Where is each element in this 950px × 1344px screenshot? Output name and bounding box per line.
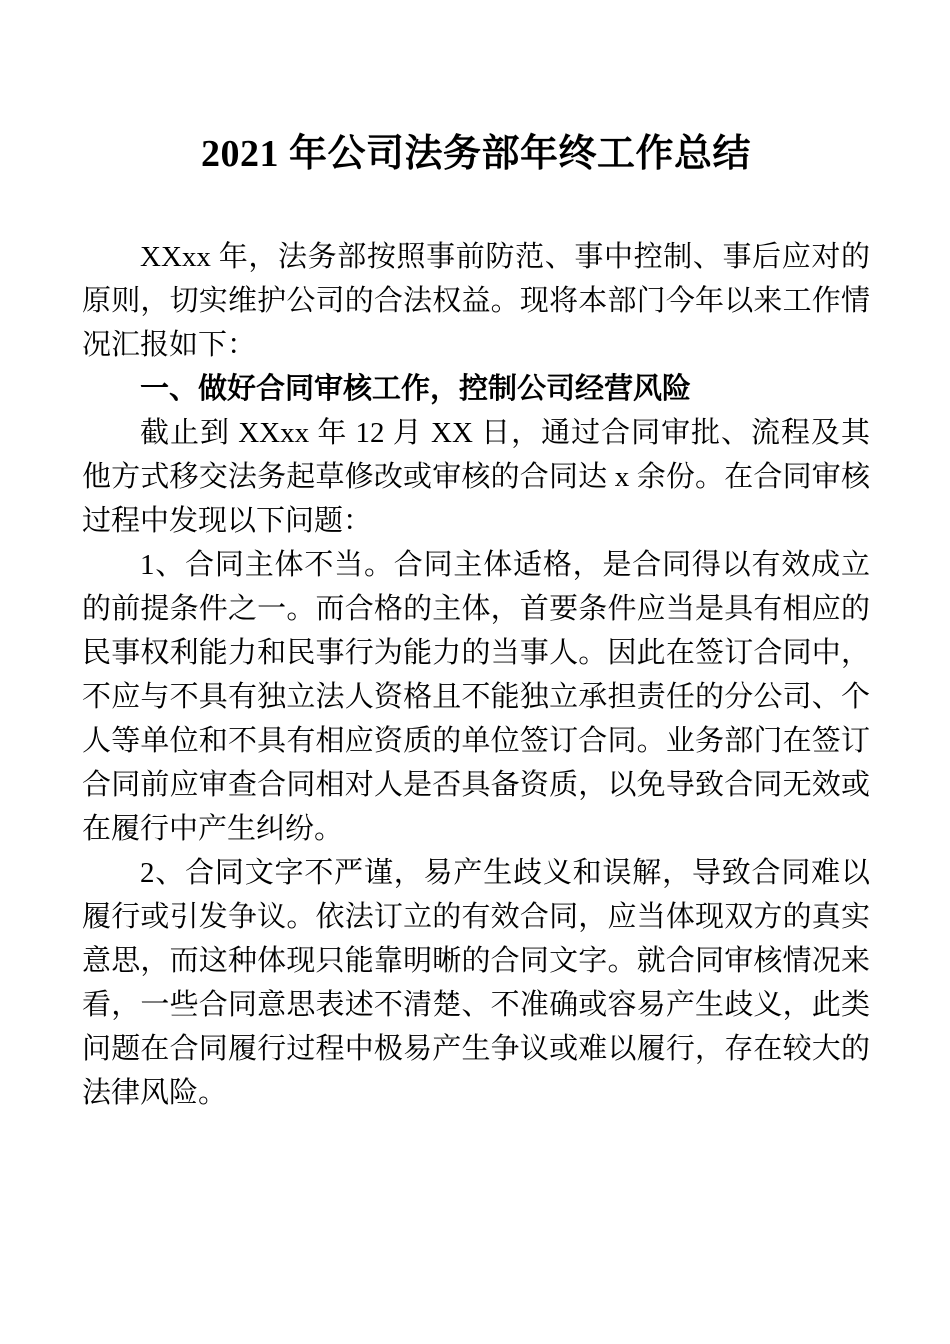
section-1-paragraph-summary: 截止到 XXxx 年 12 月 XX 日，通过合同审批、流程及其他方式移交法务起… <box>82 411 870 543</box>
document-page: 2021 年公司法务部年终工作总结 XXxx 年，法务部按照事前防范、事中控制、… <box>0 0 950 1344</box>
document-title: 2021 年公司法务部年终工作总结 <box>82 128 870 180</box>
section-1-heading: 一、做好合同审核工作，控制公司经营风险 <box>82 367 870 411</box>
section-1-paragraph-issue-2: 2、合同文字不严谨，易产生歧义和误解，导致合同难以履行或引发争议。依法订立的有效… <box>82 851 870 1115</box>
intro-paragraph: XXxx 年，法务部按照事前防范、事中控制、事后应对的原则，切实维护公司的合法权… <box>82 235 870 367</box>
section-1-paragraph-issue-1: 1、合同主体不当。合同主体适格，是合同得以有效成立的前提条件之一。而合格的主体，… <box>82 543 870 851</box>
